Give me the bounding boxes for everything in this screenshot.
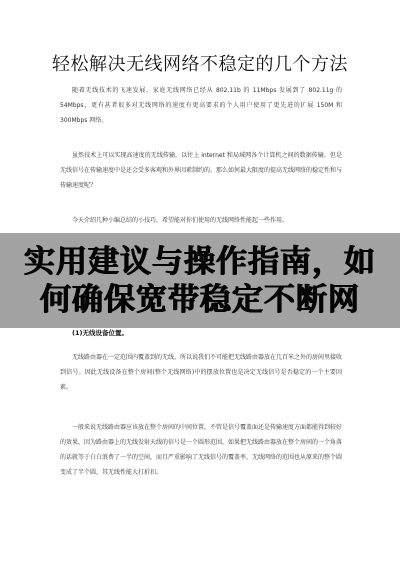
- overlay-headline-line-2: 何确保宽带稳定不断网: [40, 281, 360, 319]
- headline-overlay-banner: 实用建议与操作指南，如 何确保宽带稳定不断网: [0, 233, 400, 328]
- document-page: 轻松解决无线网络不稳定的几个方法 随着无线技术的飞速发展，家庭无线网络已经从 8…: [0, 0, 400, 566]
- overlay-headline-line-1: 实用建议与操作指南，如: [24, 243, 376, 281]
- document-title: 轻松解决无线网络不稳定的几个方法: [0, 50, 400, 76]
- intro-paragraph: 随着无线技术的飞速发展，家庭无线网络已经从 802.11b 的 11Mbps 发…: [60, 83, 342, 128]
- section-heading: (1)无线设备位置。: [72, 328, 128, 337]
- section-paragraph-1: 无线路由器在一定范围内覆盖到的无线，所以说我们不可能把无线路由器放在几百米之外的…: [60, 350, 342, 395]
- section-paragraph-2: 一般来说无线路由器应该放在整个房间的中间位置，不管是信号覆盖面还是传输速度方面都…: [60, 420, 342, 480]
- body-paragraph-3: 今天介绍几种小编总结的小技巧，希望能对你们使用的无线网络性能起一些作用。: [60, 213, 342, 228]
- body-paragraph-2: 虽然技术上可以实现高速度的无线传输，以往上 internet 和局域网各个计算机…: [60, 148, 342, 193]
